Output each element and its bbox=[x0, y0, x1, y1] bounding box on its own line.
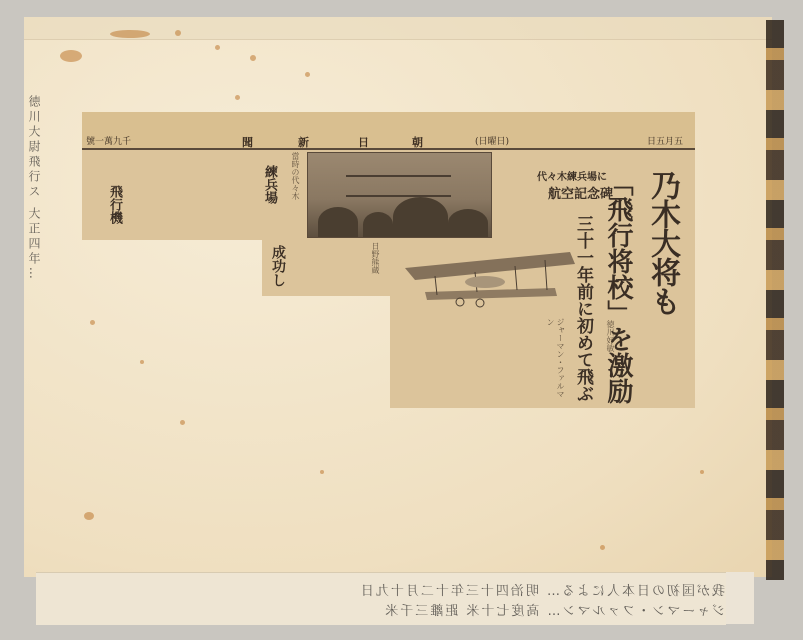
masthead-char: 新 bbox=[298, 134, 309, 150]
stain-spot bbox=[175, 30, 181, 36]
stain-spot bbox=[215, 45, 220, 50]
stain-spot bbox=[305, 72, 310, 77]
handwriting-line-2: ジャーマン・ファルマン… 高度七十米 距離三千米 bbox=[45, 600, 725, 619]
tree-silhouette bbox=[393, 197, 448, 237]
stain-spot bbox=[84, 512, 94, 520]
handwriting-line-1: 我が国初の日本人による… 明治四十三年十二月十九日 bbox=[45, 580, 725, 599]
article-body-middle: 日野熊蔵 bbox=[290, 242, 380, 292]
day-of-week: (日曜日) bbox=[475, 134, 509, 147]
stain-spot bbox=[60, 50, 82, 62]
biplane-silhouette bbox=[346, 175, 451, 197]
stain-spot bbox=[110, 30, 150, 38]
issue-number: 號一萬九千 bbox=[86, 134, 131, 147]
masthead-char: 聞 bbox=[242, 134, 253, 150]
article-body-bottom: ジャーマン・ファルマン bbox=[395, 318, 565, 403]
masthead-char: 日 bbox=[358, 134, 369, 150]
main-headline: 乃木大将も bbox=[640, 170, 684, 315]
stain-spot bbox=[600, 545, 605, 550]
newspaper-masthead: 號一萬九千 聞 新 日 朝 (日曜日) 日五月五 bbox=[82, 112, 695, 150]
handwriting-left-margin: 徳川大尉飛行ス 大正四年… bbox=[26, 95, 43, 395]
issue-date: 日五月五 bbox=[647, 134, 683, 147]
tree-silhouette bbox=[318, 207, 358, 237]
stain-spot bbox=[250, 55, 256, 61]
box-kicker: 代々木練兵場に bbox=[537, 168, 607, 183]
drawing-biplane bbox=[385, 240, 575, 310]
masthead-char: 朝 bbox=[412, 134, 423, 150]
stain-spot bbox=[320, 470, 324, 474]
stain-spot bbox=[180, 420, 185, 425]
stain-spot bbox=[235, 95, 240, 100]
article-body-right: 徳川好敏 bbox=[575, 320, 615, 405]
photo-biplane-over-trees bbox=[307, 152, 492, 238]
stain-spot bbox=[140, 360, 144, 364]
column-head-hikouki: 飛行機 bbox=[105, 185, 124, 224]
stain-spot bbox=[90, 320, 95, 325]
tree-silhouette bbox=[448, 209, 488, 237]
tree-silhouette bbox=[363, 212, 393, 237]
burnt-right-edge bbox=[766, 20, 784, 580]
strip-fold bbox=[726, 572, 754, 624]
column-head-renpeijo: 練兵場 bbox=[260, 165, 279, 204]
column-head-seikou: 成功し bbox=[268, 245, 288, 287]
stain-spot bbox=[700, 470, 704, 474]
